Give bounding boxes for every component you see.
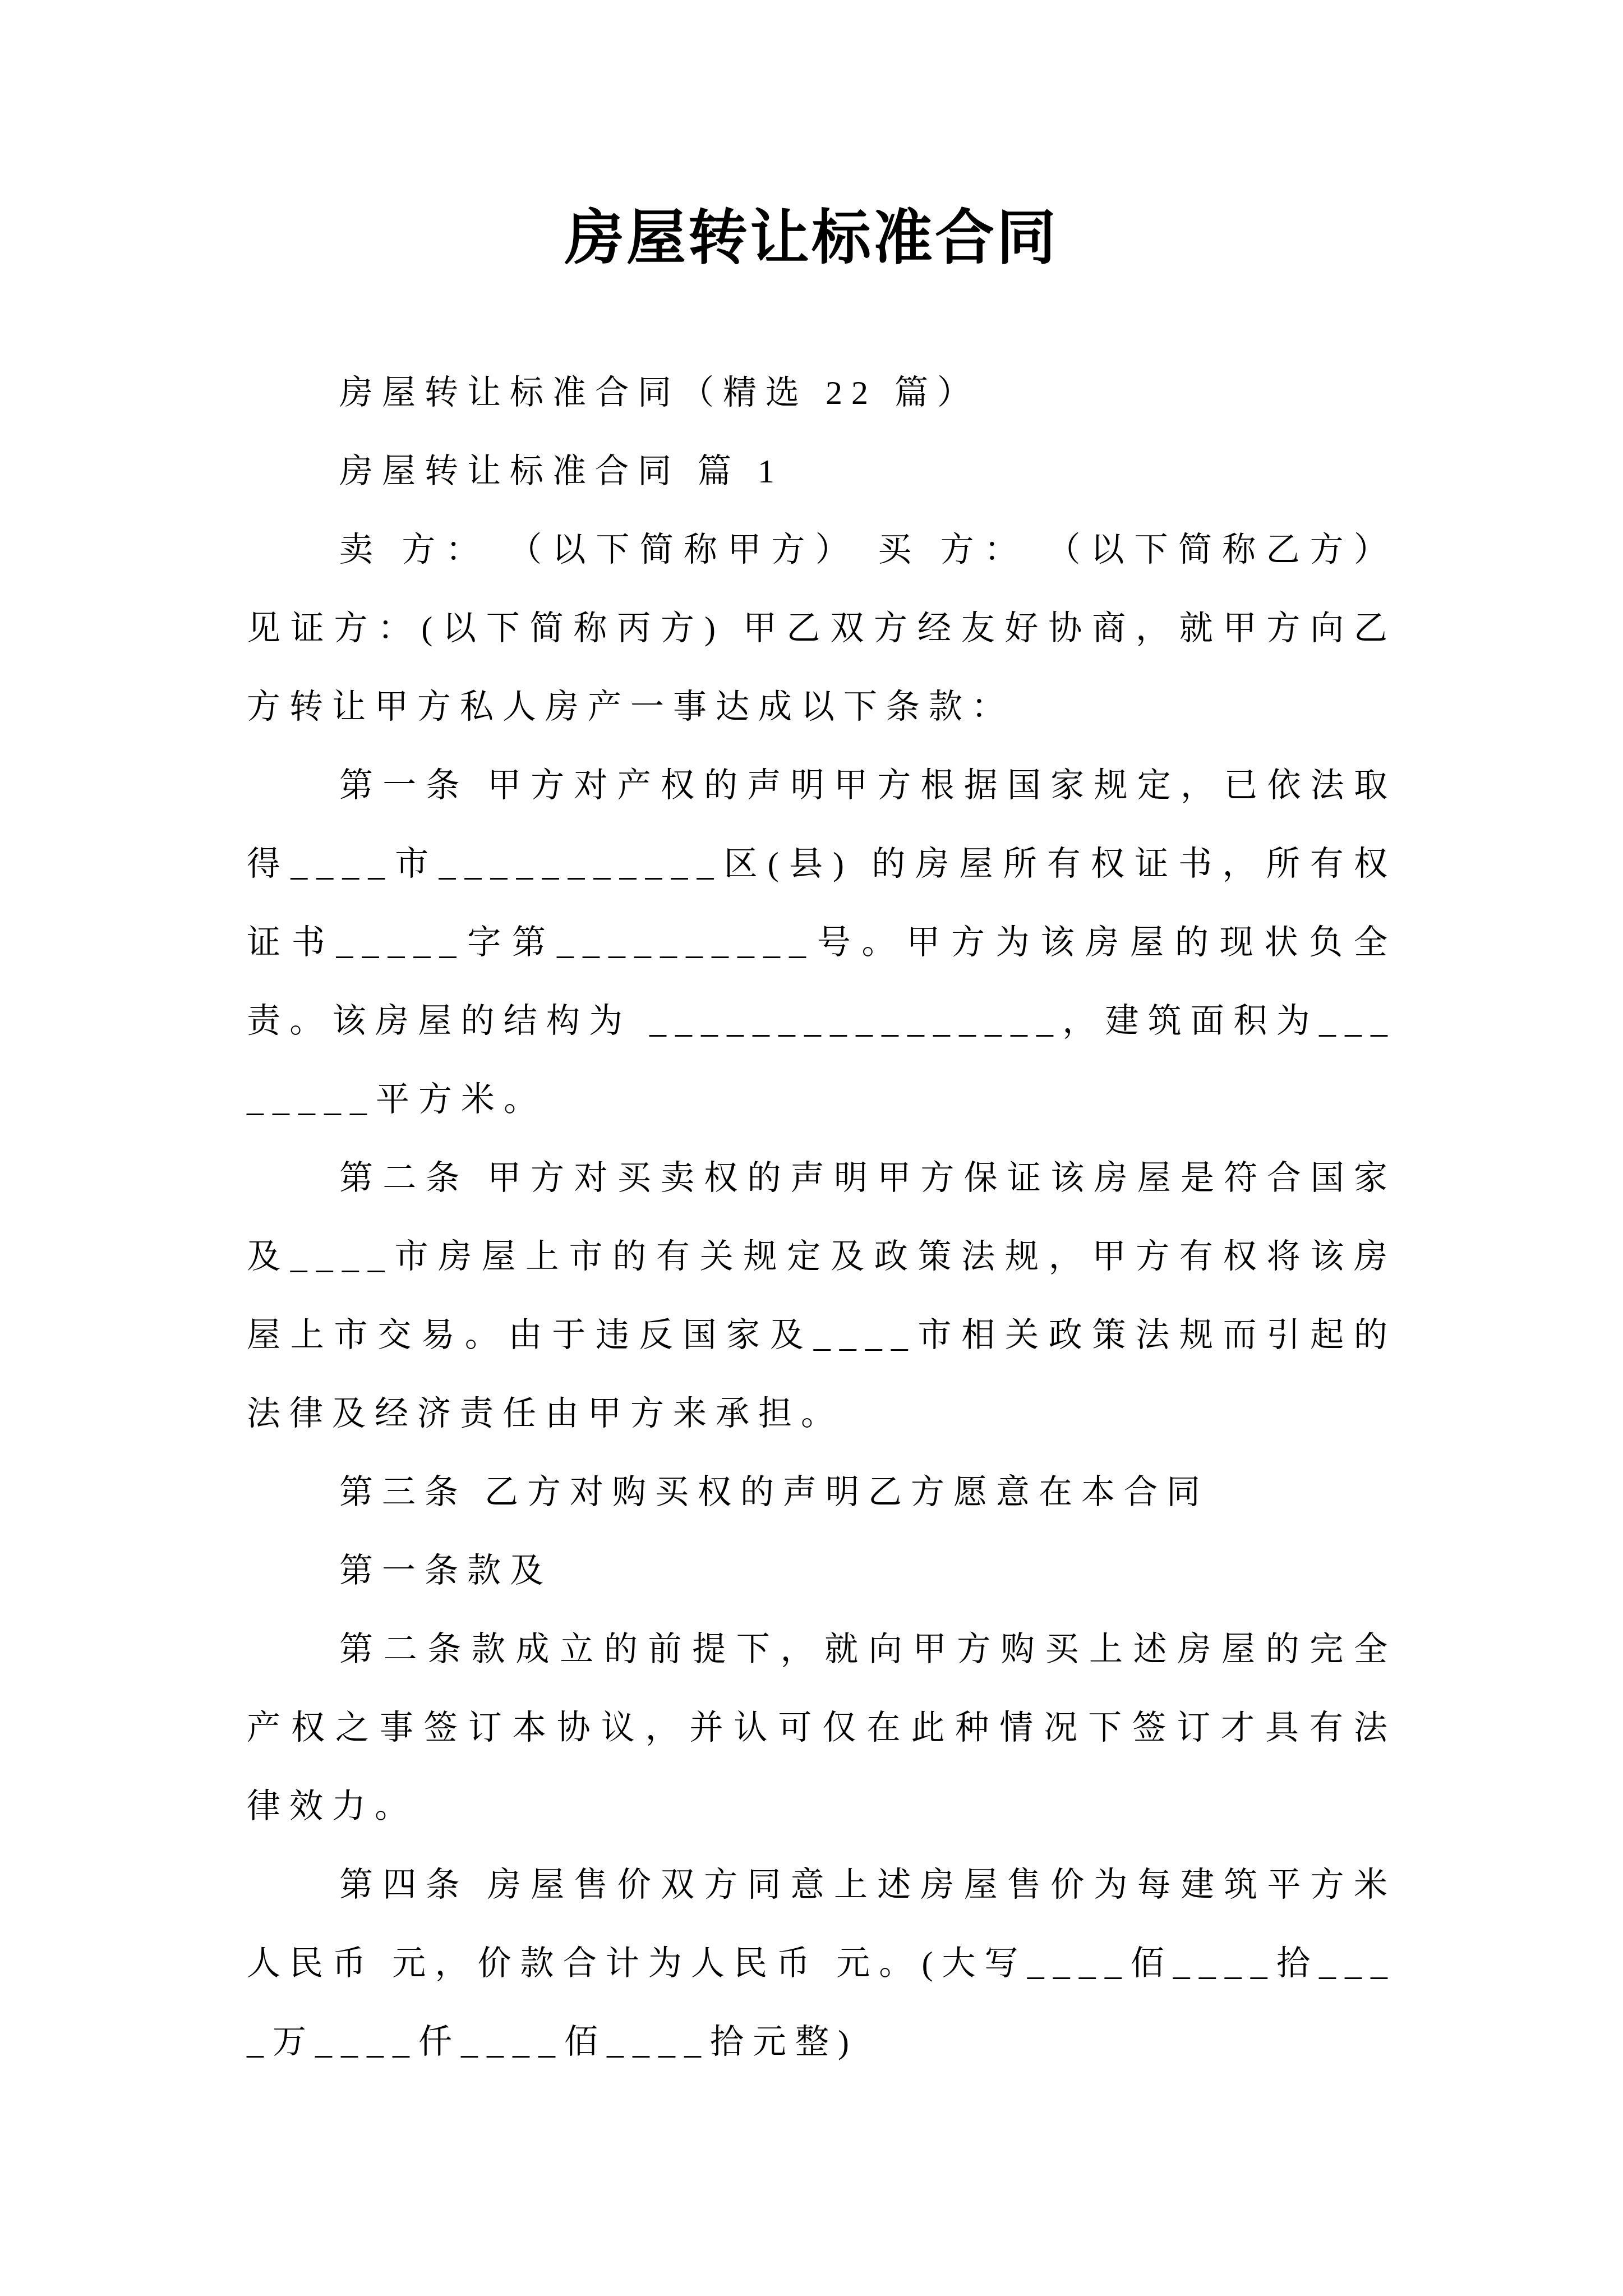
parties-paragraph: 卖 方： （以下简称甲方） 买 方： （以下简称乙方） 见证方：(以下简称丙方)… [247, 510, 1396, 746]
clause-1-paragraph: 第一条 甲方对产权的声明甲方根据国家规定，已依法取得____市_________… [247, 746, 1396, 1139]
clause-2-paragraph: 第二条 甲方对买卖权的声明甲方保证该房屋是符合国家及____市房屋上市的有关规定… [247, 1139, 1396, 1453]
clause-4-paragraph: 第四条 房屋售价双方同意上述房屋售价为每建筑平方米人民币 元，价款合计为人民币 … [247, 1846, 1396, 2081]
clause-3-paragraph: 第三条 乙方对购买权的声明乙方愿意在本合同 [247, 1453, 1396, 1531]
document-title: 房屋转让标准合同 [0, 205, 1623, 272]
contract-document-page: 房屋转让标准合同 房屋转让标准合同（精选 22 篇） 房屋转让标准合同 篇 1 … [0, 0, 1623, 2296]
clause-3-item-1: 第一条款及 [247, 1531, 1396, 1610]
document-body: 房屋转让标准合同（精选 22 篇） 房屋转让标准合同 篇 1 卖 方： （以下简… [247, 353, 1396, 2081]
subtitle-selected-series: 房屋转让标准合同（精选 22 篇） [247, 353, 1396, 432]
subtitle-part-1: 房屋转让标准合同 篇 1 [247, 432, 1396, 510]
clause-3-item-2: 第二条款成立的前提下，就向甲方购买上述房屋的完全产权之事签订本协议，并认可仅在此… [247, 1610, 1396, 1846]
